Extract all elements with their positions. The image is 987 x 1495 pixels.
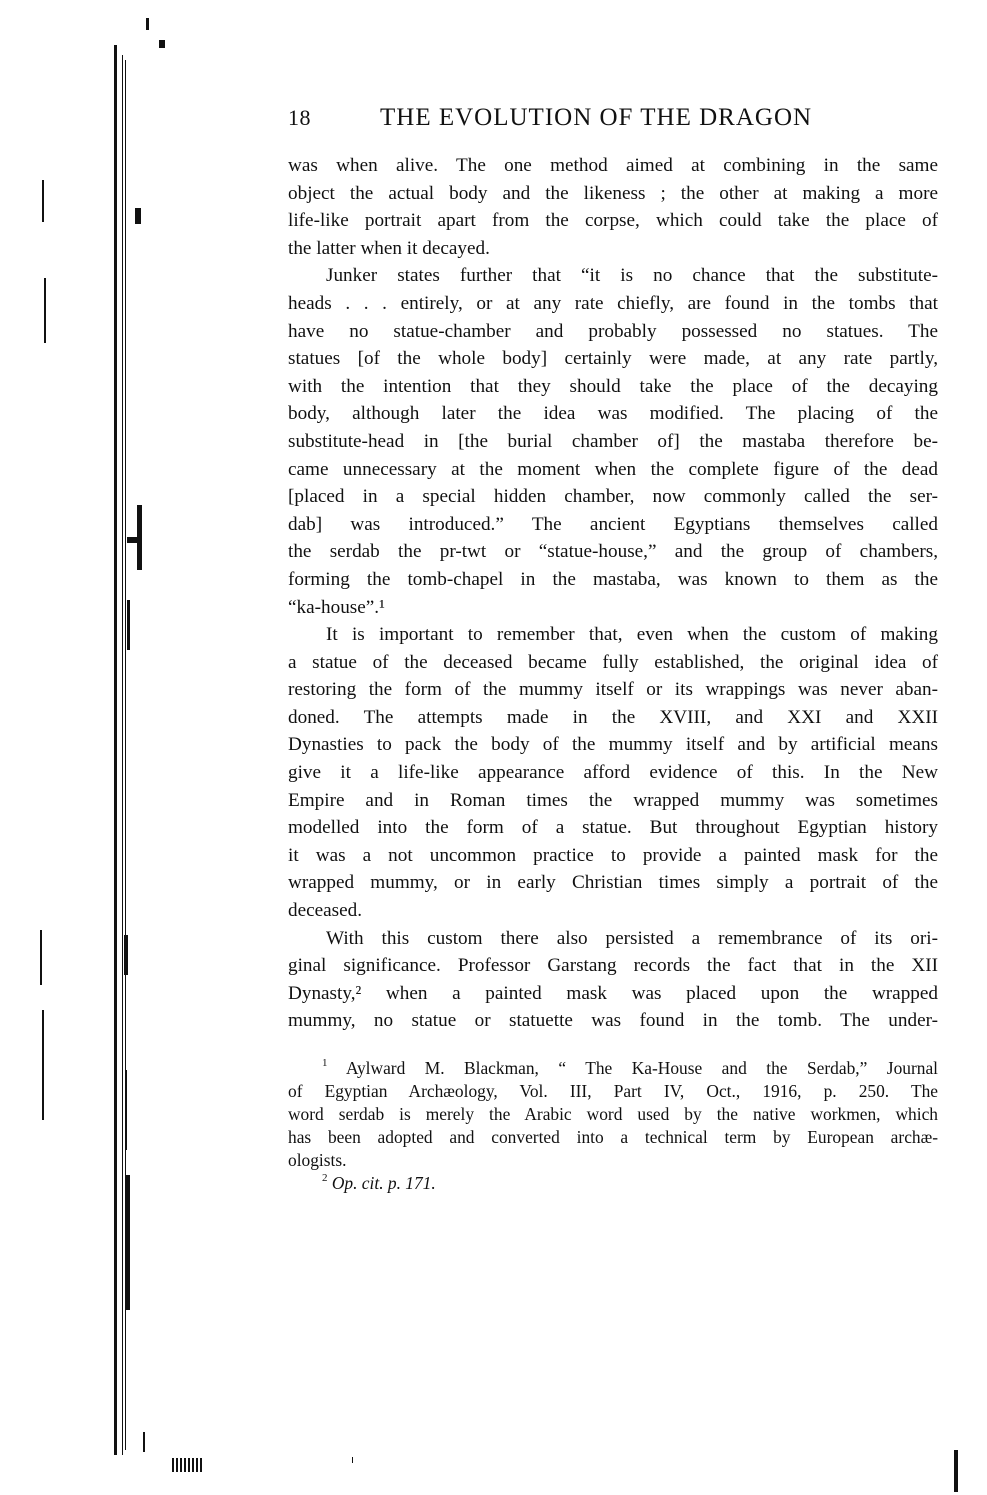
gutter-bar-1 (135, 208, 141, 224)
gutter-bar-7 (125, 1175, 130, 1310)
footnote-2: 2 Op. cit. p. 171. (288, 1172, 938, 1195)
gutter-bar-5 (124, 935, 128, 975)
book-page: 18 THE EVOLUTION OF THE DRAGON was when … (288, 104, 938, 1195)
text-line: the latter when it decayed. (288, 235, 938, 263)
text-line: With this custom there also persisted a … (288, 925, 938, 953)
text-line: substitute-head in [the burial chamber o… (288, 428, 938, 456)
text-line: dab] was introduced.” The ancient Egypti… (288, 511, 938, 539)
gutter-line-secondary (122, 55, 123, 1455)
footnote-marker: 2 (322, 1172, 328, 1184)
page-number: 18 (288, 105, 380, 131)
text-line: give it a life-like appearance afford ev… (288, 759, 938, 787)
text-line: “ka-house”.¹ (288, 594, 938, 622)
text-line: statues [of the whole body] certainly we… (288, 345, 938, 373)
text-line: Dynasties to pack the body of the mummy … (288, 731, 938, 759)
text-line: doned. The attempts made in the XVIII, a… (288, 704, 938, 732)
gutter-dash-5 (143, 1432, 145, 1452)
gutter-dash-3 (40, 930, 42, 985)
text-line: was when alive. The one method aimed at … (288, 152, 938, 180)
text-line: restoring the form of the mummy itself o… (288, 676, 938, 704)
text-line: came unnecessary at the moment when the … (288, 456, 938, 484)
footer-tick (352, 1457, 353, 1463)
right-edge-bar (954, 1450, 958, 1492)
gutter-bar-6 (125, 1070, 127, 1150)
gutter-line-main (114, 45, 117, 1455)
text-line: Junker states further that “it is no cha… (288, 262, 938, 290)
text-line: a statue of the deceased became fully es… (288, 649, 938, 677)
text-line: it was a not uncommon practice to provid… (288, 842, 938, 870)
text-line: the serdab the pr-twt or “statue-house,”… (288, 538, 938, 566)
text-line: Empire and in Roman times the wrapped mu… (288, 787, 938, 815)
footnote-line: of Egyptian Archæology, Vol. III, Part I… (288, 1080, 938, 1103)
text-line: life-like portrait apart from the corpse… (288, 207, 938, 235)
running-head-title: THE EVOLUTION OF THE DRAGON (380, 104, 812, 132)
text-line: ginal significance. Professor Garstang r… (288, 952, 938, 980)
paragraph: Junker states further that “it is no cha… (288, 262, 938, 621)
text-line: modelled into the form of a statue. But … (288, 814, 938, 842)
footnote-line: 2 Op. cit. p. 171. (288, 1172, 938, 1195)
footer-smudge (172, 1458, 204, 1472)
gutter-dash-2 (44, 278, 46, 343)
text-line: forming the tomb-chapel in the mastaba, … (288, 566, 938, 594)
footnote-1: 1 Aylward M. Blackman, “ The Ka-House an… (288, 1057, 938, 1172)
text-line: [placed in a special hidden chamber, now… (288, 483, 938, 511)
footnote-line: 1 Aylward M. Blackman, “ The Ka-House an… (288, 1057, 938, 1080)
gutter-mark-top (146, 18, 149, 30)
paragraph: was when alive. The one method aimed at … (288, 152, 938, 262)
text-line: have no statue-chamber and probably poss… (288, 318, 938, 346)
paragraph: With this custom there also persisted a … (288, 925, 938, 1035)
footnote-line: ologists. (288, 1149, 938, 1172)
footnote-line: word serdab is merely the Arabic word us… (288, 1103, 938, 1126)
text-line: It is important to remember that, even w… (288, 621, 938, 649)
gutter-bar-4 (127, 600, 130, 650)
footnote-line: has been adopted and converted into a te… (288, 1126, 938, 1149)
body-text: was when alive. The one method aimed at … (288, 152, 938, 1035)
running-head: 18 THE EVOLUTION OF THE DRAGON (288, 104, 938, 138)
footnotes: 1 Aylward M. Blackman, “ The Ka-House an… (288, 1057, 938, 1195)
text-line: mummy, no statue or statuette was found … (288, 1007, 938, 1035)
gutter-dash-4 (42, 1010, 44, 1120)
text-line: with the intention that they should take… (288, 373, 938, 401)
text-line: body, although later the idea was modifi… (288, 400, 938, 428)
paragraph: It is important to remember that, even w… (288, 621, 938, 925)
text-line: heads . . . entirely, or at any rate chi… (288, 290, 938, 318)
text-line: wrapped mummy, or in early Christian tim… (288, 869, 938, 897)
text-line: Dynasty,² when a painted mask was placed… (288, 980, 938, 1008)
gutter-dash-1 (42, 180, 44, 222)
gutter-mark-top2 (159, 40, 165, 48)
text-line: deceased. (288, 897, 938, 925)
text-line: object the actual body and the likeness … (288, 180, 938, 208)
gutter-bar-2 (137, 505, 142, 570)
footnote-marker: 1 (322, 1057, 328, 1069)
gutter-bar-3 (127, 537, 137, 543)
